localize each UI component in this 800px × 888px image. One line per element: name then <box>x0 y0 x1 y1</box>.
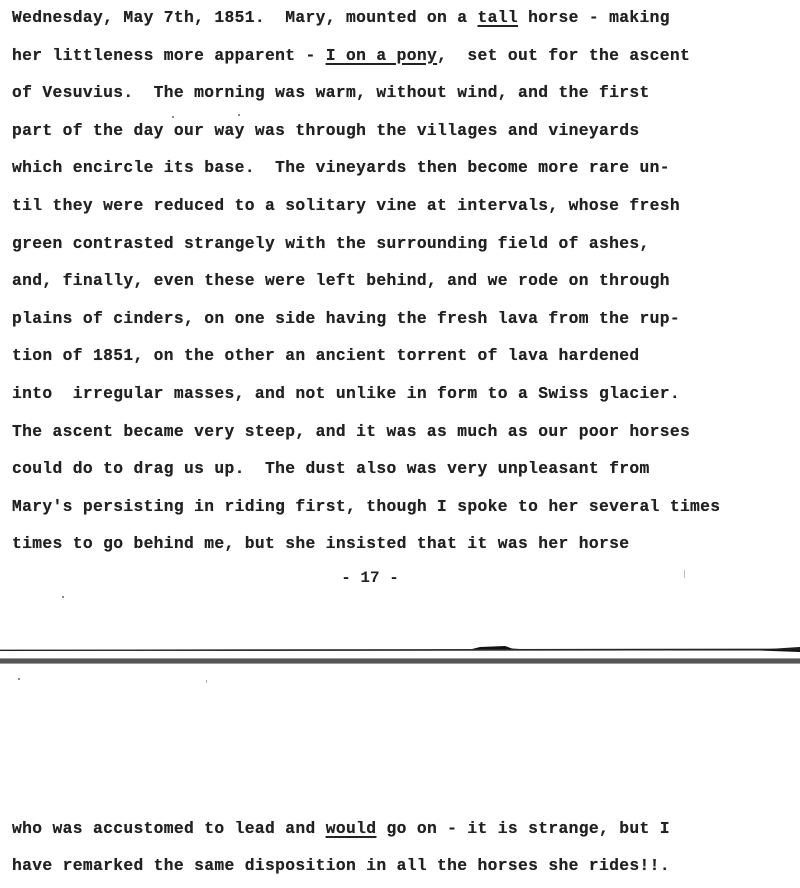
scan-speck <box>206 680 207 683</box>
text-segment: her littleness more apparent - <box>12 46 326 65</box>
text-line: times to go behind me, but she insisted … <box>12 534 629 554</box>
text-line: Wednesday, May 7th, 1851. Mary, mounted … <box>12 8 670 28</box>
text-line: green contrasted strangely with the surr… <box>12 234 650 254</box>
text-segment: which encircle its base. The vineyards t… <box>12 158 670 177</box>
text-segment: tion of 1851, on the other an ancient to… <box>12 346 639 365</box>
text-segment: green contrasted strangely with the surr… <box>12 234 650 253</box>
scan-edge-line <box>0 644 800 654</box>
underlined-text: I on a pony <box>326 46 437 65</box>
text-line: and, finally, even these were left behin… <box>12 271 670 291</box>
text-line: plains of cinders, on one side having th… <box>12 309 680 329</box>
text-line: tion of 1851, on the other an ancient to… <box>12 346 639 366</box>
text-segment: could do to drag us up. The dust also wa… <box>12 459 650 478</box>
text-segment: part of the day our way was through the … <box>12 121 639 140</box>
text-segment: into irregular masses, and not unlike in… <box>12 384 680 403</box>
text-line: who was accustomed to lead and would go … <box>12 819 670 839</box>
text-segment: of Vesuvius. The morning was warm, witho… <box>12 83 650 102</box>
text-segment: times to go behind me, but she insisted … <box>12 534 629 553</box>
text-segment: who was accustomed to lead and <box>12 819 326 838</box>
text-segment: Mary's persisting in riding first, thoug… <box>12 497 720 516</box>
text-segment: Wednesday, May 7th, 1851. Mary, mounted … <box>12 8 478 27</box>
scan-speck <box>238 114 240 116</box>
text-segment: and, finally, even these were left behin… <box>12 271 670 290</box>
text-line: have remarked the same disposition in al… <box>12 856 670 876</box>
underlined-text: tall <box>478 8 518 27</box>
text-line: til they were reduced to a solitary vine… <box>12 196 680 216</box>
page-18: who was accustomed to lead and would go … <box>0 664 800 888</box>
text-line: her littleness more apparent - I on a po… <box>12 46 690 66</box>
page-17: Wednesday, May 7th, 1851. Mary, mounted … <box>0 0 800 656</box>
text-segment: plains of cinders, on one side having th… <box>12 309 680 328</box>
text-line: part of the day our way was through the … <box>12 121 639 141</box>
underlined-text: would <box>326 819 377 838</box>
text-segment: til they were reduced to a solitary vine… <box>12 196 680 215</box>
scan-speck <box>172 116 174 118</box>
text-line: which encircle its base. The vineyards t… <box>12 158 670 178</box>
text-line: Mary's persisting in riding first, thoug… <box>12 497 720 517</box>
text-segment: horse - making <box>518 8 670 27</box>
text-segment: , set out for the ascent <box>437 46 690 65</box>
text-line: into irregular masses, and not unlike in… <box>12 384 680 404</box>
text-line: could do to drag us up. The dust also wa… <box>12 459 650 479</box>
text-line: of Vesuvius. The morning was warm, witho… <box>12 83 650 103</box>
scan-speck <box>684 570 685 578</box>
text-line: The ascent became very steep, and it was… <box>12 422 690 442</box>
text-segment: go on - it is strange, but I <box>376 819 670 838</box>
page-number: - 17 - <box>0 569 740 587</box>
text-segment: have remarked the same disposition in al… <box>12 856 670 875</box>
text-segment: The ascent became very steep, and it was… <box>12 422 690 441</box>
scan-speck <box>18 678 20 680</box>
scan-speck <box>62 596 64 598</box>
